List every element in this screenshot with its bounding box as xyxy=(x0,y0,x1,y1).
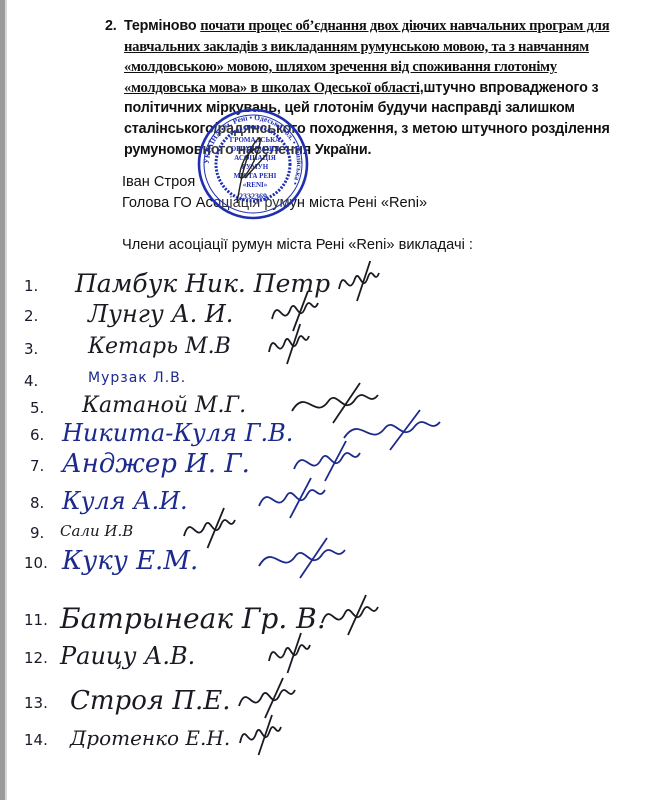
signatory-handwritten-name: Анджер И. Г. xyxy=(62,449,250,479)
signature-number: 4. xyxy=(24,372,38,390)
autograph-icon xyxy=(255,532,385,592)
signature-number: 13. xyxy=(24,694,48,712)
signatory-handwritten-name: Кетарь М.В xyxy=(88,334,231,359)
signatory-handwritten-name: Куку Е.М. xyxy=(62,546,198,576)
stamp-code: 2332369 xyxy=(239,192,267,201)
item-line-underlined: почати процес об’єднання двох діючих нав… xyxy=(200,18,609,34)
autograph-icon xyxy=(265,318,349,378)
scan-edge-shadow xyxy=(5,0,7,800)
signature-number: 12. xyxy=(24,649,48,667)
autograph-icon xyxy=(236,709,321,769)
signatory-handwritten-name: Дротенко Е.Н. xyxy=(70,726,230,750)
signature-number: 6. xyxy=(30,426,44,444)
official-stamp-icon: УКРАЇНА • м. Рені • Одеська обл. • Реній… xyxy=(197,108,309,220)
signature-number: 5. xyxy=(30,399,44,417)
signatory-handwritten-name: Катаной М.Г. xyxy=(82,393,246,418)
signatory-handwritten-name: Строя П.Е. xyxy=(70,686,231,716)
item-line-underlined: навчальних закладів з викладанням румунс… xyxy=(124,39,589,55)
signature-number: 8. xyxy=(30,494,44,512)
item-line-1: Терміново почати процес об’єднання двох … xyxy=(124,16,629,37)
item-line-text: ,штучно впровадженого з xyxy=(420,80,599,96)
item-line-2: навчальних закладів з викладанням румунс… xyxy=(124,37,629,58)
signature-number: 9. xyxy=(30,524,44,542)
members-heading: Члени асоціації румун міста Рені «Reni» … xyxy=(122,237,473,253)
signature-number: 1. xyxy=(24,277,38,295)
signatory-handwritten-name: Куля А.И. xyxy=(62,487,188,515)
signature-number: 7. xyxy=(30,457,44,475)
signatory-handwritten-name: Сали И.В xyxy=(60,522,133,540)
item-line-4: «молдовська мова» в школах Одеської обла… xyxy=(124,78,629,99)
signature-number: 10. xyxy=(24,554,48,572)
item-line-text: Терміново xyxy=(124,18,200,34)
item-line-underlined: «молдовська мова» в школах Одеської обла… xyxy=(124,80,420,96)
item-line-3: «молдовською» мовою, шляхом зречення від… xyxy=(124,57,629,78)
stamp-center-line: «RENI» xyxy=(243,181,268,189)
signatory-handwritten-name: Лунгу А. И. xyxy=(88,300,233,328)
item-line-underlined: «молдовською» мовою, шляхом зречення від… xyxy=(124,59,557,75)
signature-number: 14. xyxy=(24,731,48,749)
signature-number: 3. xyxy=(24,340,38,358)
signatory-name: Іван Строя xyxy=(122,174,195,190)
item-number: 2. xyxy=(105,16,117,37)
signatory-handwritten-name: Мурзак Л.В. xyxy=(88,370,186,386)
signatory-handwritten-name: Никита-Куля Г.В. xyxy=(62,419,293,447)
signatory-handwritten-name: Раицу А.В. xyxy=(60,642,195,670)
signature-number: 11. xyxy=(24,611,48,629)
signature-number: 2. xyxy=(24,307,38,325)
